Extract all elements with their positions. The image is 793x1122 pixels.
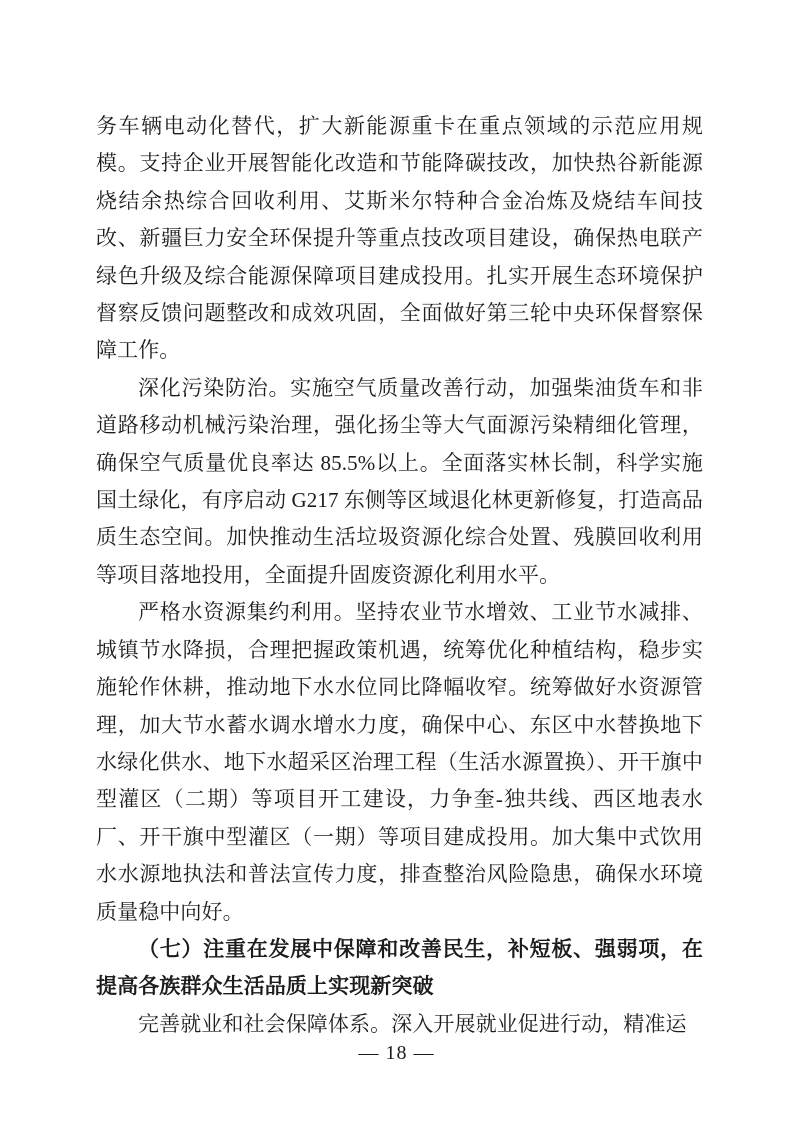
page-number: — 18 — <box>0 1040 793 1066</box>
paragraph-employment: 完善就业和社会保障体系。深入开展就业促进行动，精准运 <box>96 1006 703 1043</box>
section-heading: （七）注重在发展中保障和改善民生，补短板、强弱项，在提高各族群众生活品质上实现新… <box>96 931 703 1006</box>
paragraph-water-resources: 严格水资源集约利用。坚持农业节水增效、工业节水减排、城镇节水降损，合理把握政策机… <box>96 594 703 931</box>
document-body: 务车辆电动化替代，扩大新能源重卡在重点领域的示范应用规模。支持企业开展智能化改造… <box>96 108 703 1043</box>
paragraph-pollution-control: 深化污染防治。实施空气质量改善行动，加强柴油货车和非道路移动机械污染治理，强化扬… <box>96 370 703 594</box>
paragraph-continued: 务车辆电动化替代，扩大新能源重卡在重点领域的示范应用规模。支持企业开展智能化改造… <box>96 108 703 370</box>
document-page: 务车辆电动化替代，扩大新能源重卡在重点领域的示范应用规模。支持企业开展智能化改造… <box>0 0 793 1122</box>
